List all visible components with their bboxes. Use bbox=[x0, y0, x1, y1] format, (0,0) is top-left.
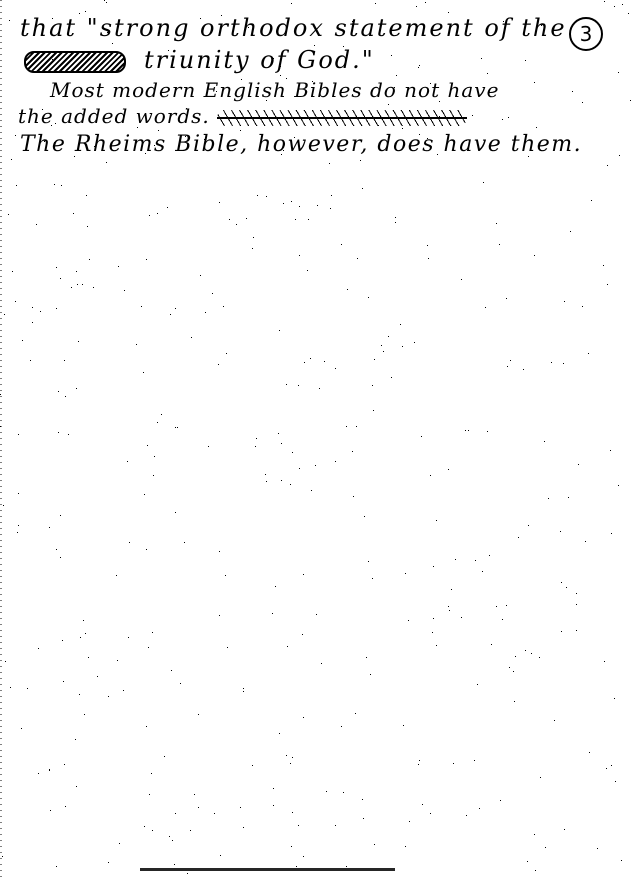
handwritten-page: 3 that "strong orthodox statement of the… bbox=[0, 0, 638, 877]
text-line-4: the added words. bbox=[18, 104, 467, 128]
scribbled-out-word bbox=[24, 51, 126, 73]
text-line-2-content: triunity of God." bbox=[144, 46, 375, 74]
text-line-2: triunity of God." bbox=[24, 46, 375, 74]
scan-bottom-edge bbox=[140, 868, 395, 871]
text-line-4-content: the added words. bbox=[18, 104, 210, 128]
text-line-3: Most modern English Bibles do not have bbox=[50, 78, 499, 102]
scan-left-edge bbox=[0, 0, 2, 877]
text-line-5: The Rheims Bible, however, does have the… bbox=[20, 132, 582, 157]
struck-out-words bbox=[217, 104, 467, 128]
page-number-circle: 3 bbox=[569, 17, 603, 51]
text-line-1: that "strong orthodox statement of the bbox=[20, 14, 567, 42]
